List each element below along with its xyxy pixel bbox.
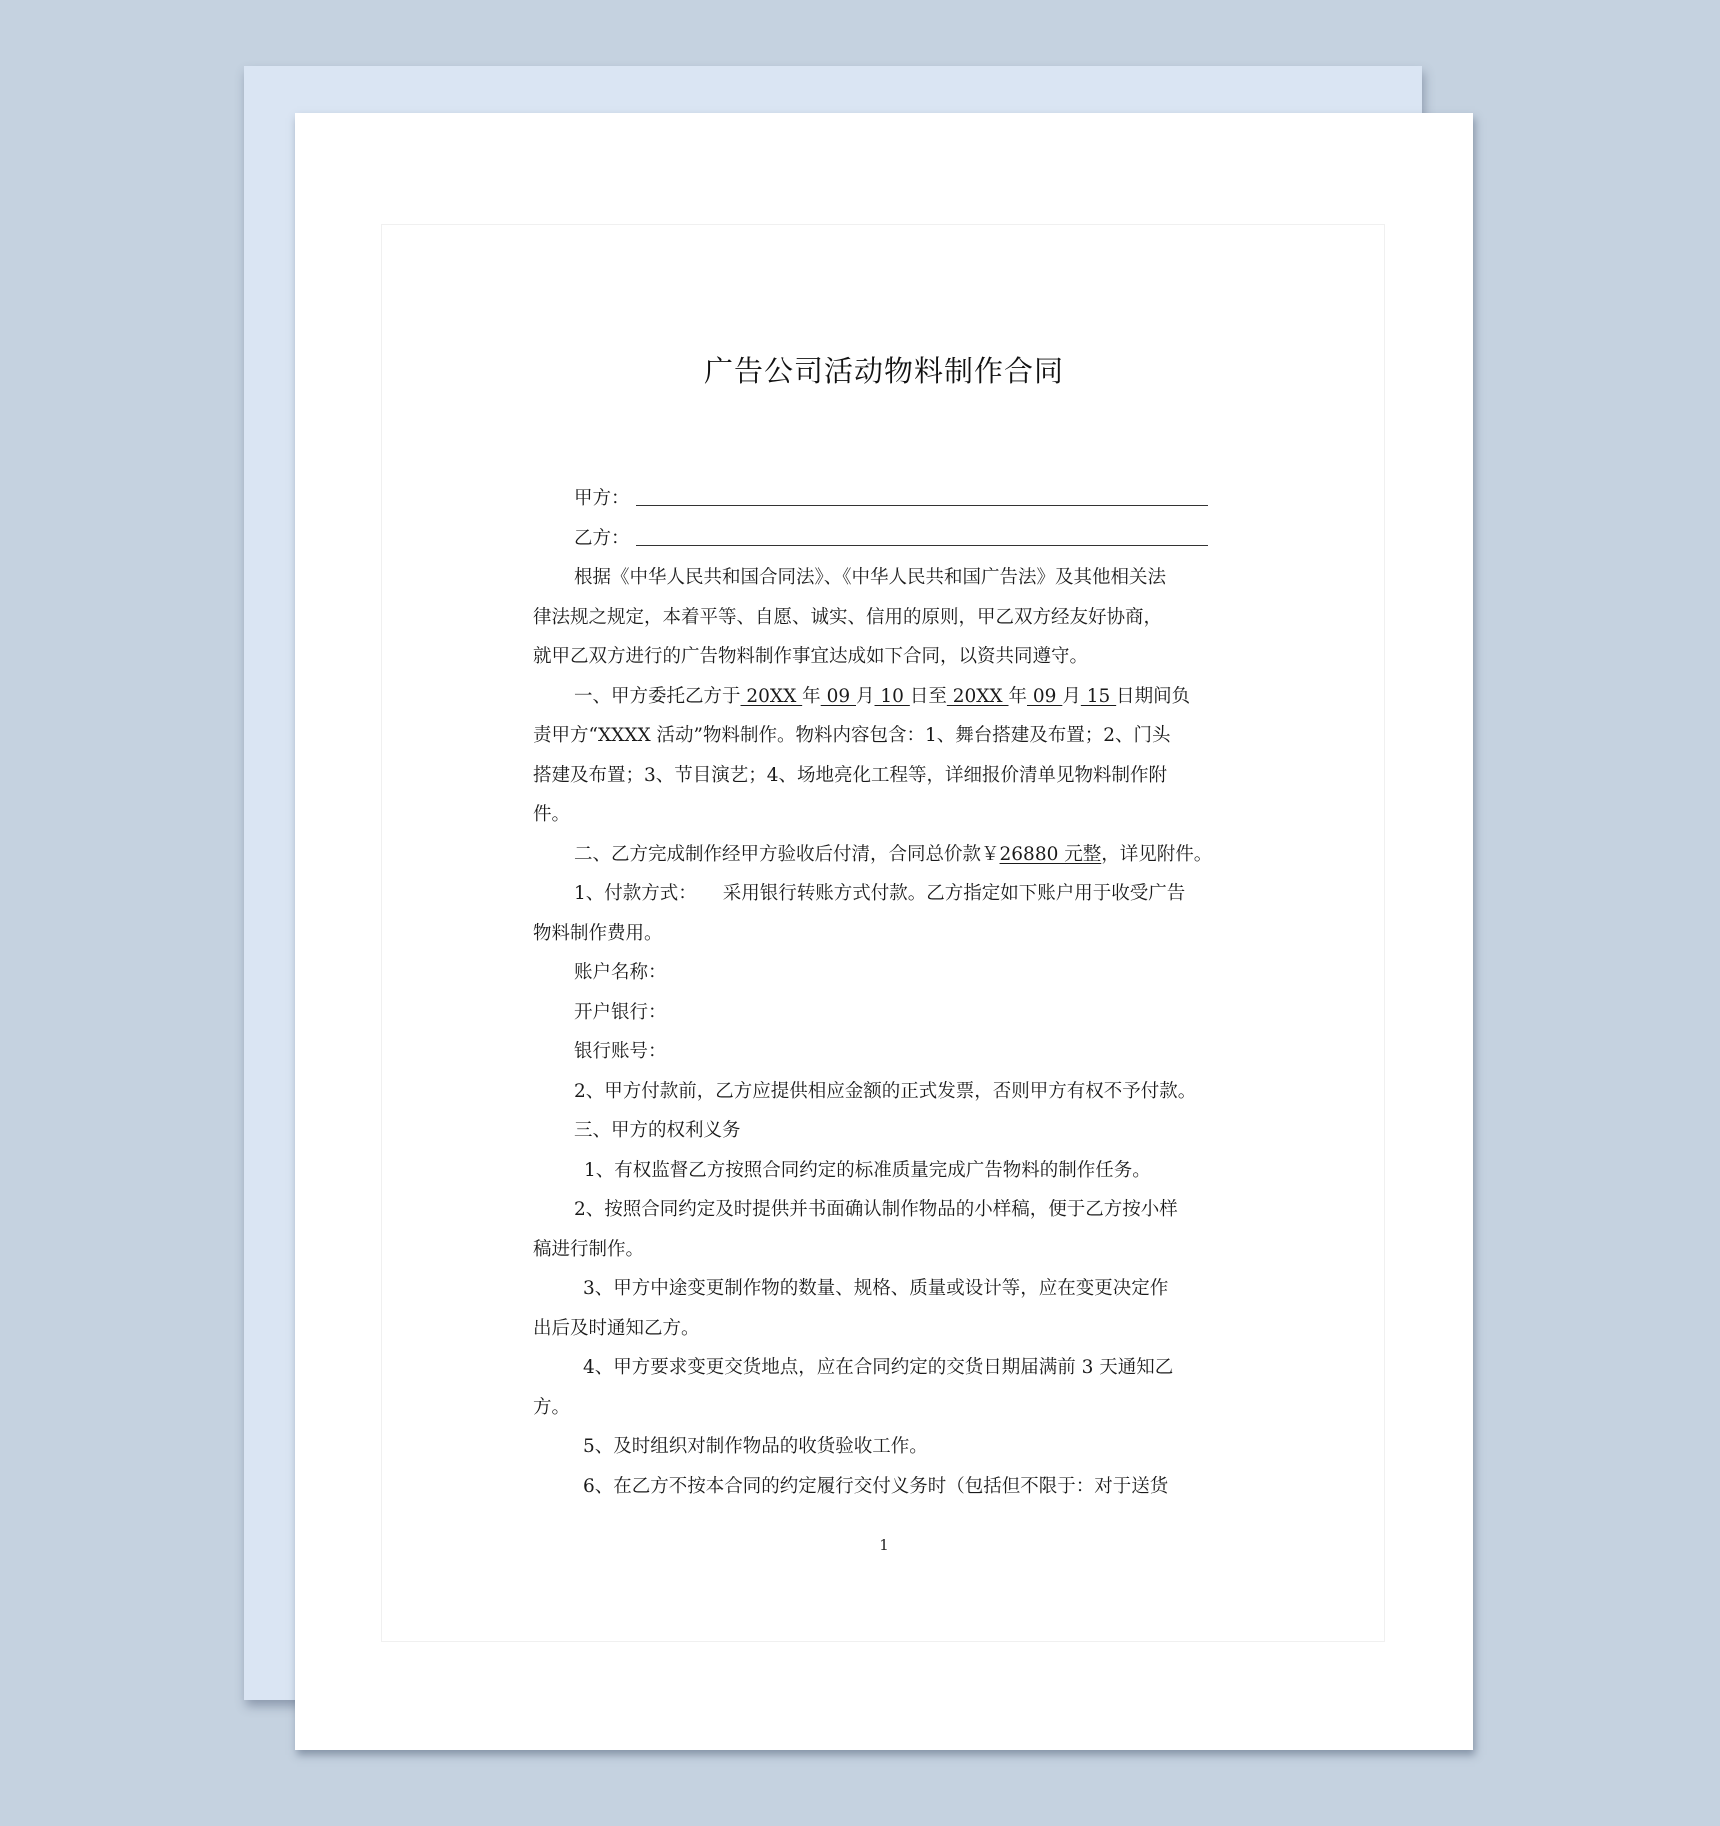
day-to-label: 日至	[910, 686, 947, 707]
account-number-label: 银行账号：	[533, 1032, 1233, 1072]
clause3-item: 方。	[533, 1388, 1233, 1428]
clause3-item: 4、甲方要求变更交货地点，应在合同约定的交货日期届满前 3 天通知乙	[533, 1348, 1233, 1388]
party-b-label: 乙方：	[574, 528, 630, 549]
payment-method-cont: 物料制作费用。	[533, 914, 1233, 954]
clause3-item: 出后及时通知乙方。	[533, 1309, 1233, 1349]
total-amount: 26880 元整	[1000, 844, 1102, 865]
month-label: 月	[1062, 686, 1081, 707]
preamble-line: 根据《中华人民共和国合同法》、《中华人民共和国广告法》及其他相关法	[533, 558, 1233, 598]
end-year: 20XX	[947, 686, 1009, 707]
clause3-item: 稿进行制作。	[533, 1230, 1233, 1270]
clause3-item: 2、按照合同约定及时提供并书面确认制作物品的小样稿，便于乙方按小样	[533, 1190, 1233, 1230]
year-label: 年	[1009, 686, 1028, 707]
preamble-line: 律法规之规定，本着平等、自愿、诚实、信用的原则，甲乙双方经友好协商，	[533, 598, 1233, 638]
clause3-item: 6、在乙方不按本合同的约定履行交付义务时（包括但不限于：对于送货	[533, 1467, 1233, 1507]
clause3-item: 3、甲方中途变更制作物的数量、规格、质量或设计等，应在变更决定作	[533, 1269, 1233, 1309]
clause2-prefix: 二、乙方完成制作经甲方验收后付清，合同总价款￥	[574, 844, 1000, 865]
end-month: 09	[1027, 686, 1062, 707]
invoice-clause: 2、甲方付款前，乙方应提供相应金额的正式发票，否则甲方有权不予付款。	[533, 1072, 1233, 1112]
bank-label: 开户银行：	[533, 993, 1233, 1033]
clause1-suffix: 日期间负	[1116, 686, 1190, 707]
start-month: 09	[821, 686, 856, 707]
payment-method-label: 1、付款方式：	[574, 883, 697, 904]
clause1-line: 件。	[533, 795, 1233, 835]
start-day: 10	[875, 686, 910, 707]
clause1-line: 一、甲方委托乙方于 20XX 年 09 月 10 日至 20XX 年 09 月 …	[533, 677, 1233, 717]
year-label: 年	[802, 686, 821, 707]
document-page: 广告公司活动物料制作合同 甲方： 乙方： 根据《中华人民共和国合同法》、《中华人…	[295, 113, 1473, 1750]
clause3-heading: 三、甲方的权利义务	[533, 1111, 1233, 1151]
end-day: 15	[1081, 686, 1116, 707]
clause1-line: 搭建及布置；3、节目演艺；4、场地亮化工程等，详细报价清单见物料制作附	[533, 756, 1233, 796]
party-b-blank[interactable]	[636, 525, 1208, 546]
start-year: 20XX	[741, 686, 803, 707]
party-a-blank[interactable]	[636, 485, 1208, 506]
account-name-label: 账户名称：	[533, 953, 1233, 993]
clause2-suffix: ，详见附件。	[1101, 844, 1212, 865]
payment-method-line: 1、付款方式：采用银行转账方式付款。乙方指定如下账户用于收受广告	[533, 874, 1233, 914]
document-body: 甲方： 乙方： 根据《中华人民共和国合同法》、《中华人民共和国广告法》及其他相关…	[533, 479, 1233, 1506]
clause3-item: 1、有权监督乙方按照合同约定的标准质量完成广告物料的制作任务。	[533, 1151, 1233, 1191]
payment-method-text: 采用银行转账方式付款。乙方指定如下账户用于收受广告	[723, 883, 1186, 904]
clause1-line: 责甲方“XXXX 活动”物料制作。物料内容包含：1、舞台搭建及布置；2、门头	[533, 716, 1233, 756]
party-a-label: 甲方：	[574, 488, 630, 509]
party-b-line: 乙方：	[533, 519, 1233, 559]
clause1-prefix: 一、甲方委托乙方于	[574, 686, 741, 707]
document-title: 广告公司活动物料制作合同	[295, 349, 1473, 390]
preamble-line: 就甲乙双方进行的广告物料制作事宜达成如下合同，以资共同遵守。	[533, 637, 1233, 677]
clause2-line: 二、乙方完成制作经甲方验收后付清，合同总价款￥26880 元整，详见附件。	[533, 835, 1233, 875]
month-label: 月	[856, 686, 875, 707]
clause3-item: 5、及时组织对制作物品的收货验收工作。	[533, 1427, 1233, 1467]
party-a-line: 甲方：	[533, 479, 1233, 519]
page-number: 1	[295, 1536, 1473, 1554]
